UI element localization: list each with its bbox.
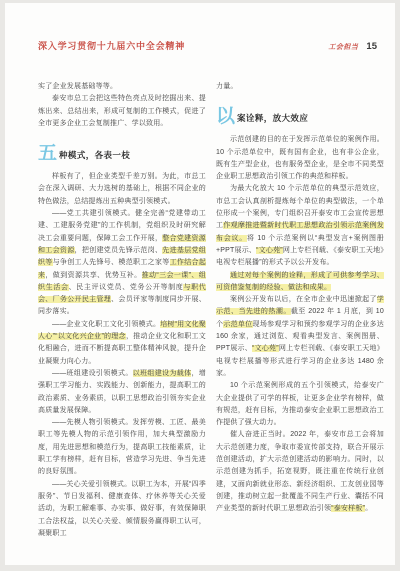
paragraph: 实了企业发展基础等等。: [38, 81, 206, 93]
highlighted-text: 以班组建设为载体: [133, 370, 192, 377]
section-heading: 以案诠释，放大效应: [216, 108, 384, 125]
body-text: 10 个示范案例形成的五个引领模式，给泰安广大企业提供了可学的样板，让更多企业学…: [216, 382, 384, 426]
section-heading: 五种模式，各表一枝: [38, 145, 206, 162]
article-body: 实了企业发展基础等等。泰安市总工会把这些特色亮点及时挖掘出来、提炼出来、总结出来…: [38, 81, 384, 540]
body-text: ，做到资源共享、优势互补。: [45, 272, 141, 279]
paragraph: ——党工共建引领模式。健全完善“党建带动工建、工建服务党建”的工作机制，党组织及…: [38, 208, 206, 319]
header-slogan: 深入学习贯彻十九届六中全会精神: [38, 39, 185, 52]
highlighted-text: 示范单位: [223, 321, 252, 328]
body-text: 示范创建的目的在于发挥示范单位的案例作用。10 个示范单位中，既有国有企业，也有…: [216, 136, 384, 180]
body-text: ——企业文化职工文化引领模式。: [52, 321, 160, 328]
section-lead-character: 以: [216, 108, 235, 125]
header-badge: 工会担当: [328, 42, 358, 52]
header-right: 工会担当 15: [328, 41, 377, 52]
body-text: ——先模人物引领模式。发挥劳模、工匠、最美职工等先模人物的示范引领作用，加大典型…: [38, 419, 206, 475]
paragraph: 样板有了，但企业类型千差万别。为此，市总工会在深入调研、大力选树的基础上，根据不…: [38, 171, 206, 208]
highlighted-text: “泰安样板”: [331, 505, 365, 512]
body-text: 案例公开发布以后，在全市企业中迅速掀起了: [230, 296, 377, 303]
highlighted-text: “文心苑”: [256, 247, 283, 254]
section-heading-text: 种模式，各表一枝: [59, 149, 130, 162]
paragraph: ——关心关爱引领模式。以职工为本，开展“四季服务”、节日发福利、健康查体、疗休养…: [38, 479, 206, 540]
body-text: ——关心关爱引领模式。以职工为本，开展“四季服务”、节日发福利、健康查体、疗休养…: [38, 481, 206, 537]
page-number: 15: [366, 41, 377, 52]
paragraph: 催人奋进正当时。2022 年，泰安市总工会将加大示范创建力度，争取市委宣传部支持…: [216, 429, 384, 515]
page-header: 深入学习贯彻十九届六中全会精神 工会担当 15: [38, 39, 377, 52]
paragraph: ——班组建设引领模式。以班组建设为载体，增强职工学习能力、实践能力、创新能力，提…: [38, 368, 206, 417]
body-text: 。: [365, 505, 372, 512]
body-text: 力量。: [216, 83, 238, 90]
body-text: ，把创建党员先锋示范岗、: [75, 247, 163, 254]
body-text: 实了企业发展基础等等。: [38, 83, 117, 90]
body-text: 催人奋进正当时。2022 年，泰安市总工会将加大示范创建力度，争取市委宣传部支持…: [216, 431, 384, 512]
paragraph: 案例公开发布以后，在全市企业中迅速掀起了学示范、当先进的热潮。截至 2022 年…: [216, 294, 384, 380]
body-text: 泰安市总工会把这些特色亮点及时挖掘出来、提炼出来、总结出来，形成可复制的工作模式…: [38, 95, 206, 127]
paragraph: ——企业文化职工文化引领模式。培树“用文化聚人心”“以文化兴企业”的理念，推动企…: [38, 319, 206, 368]
paragraph: 力量。: [216, 81, 384, 93]
section-heading-text: 案诠释，放大效应: [237, 112, 308, 125]
body-text: 样板有了，但企业类型千差万别。为此，市总工会在深入调研、大力选树的基础上，根据不…: [38, 173, 206, 205]
left-column: 实了企业发展基础等等。泰安市总工会把这些特色亮点及时挖掘出来、提炼出来、总结出来…: [38, 81, 206, 540]
paragraph: 示范创建的目的在于发挥示范单位的案例作用。10 个示范单位中，既有国有企业，也有…: [216, 134, 384, 183]
paragraph: 为最大化放大 10 个示范单位的典型示范效应，市总工会认真剖析提炼每个单位的典型…: [216, 183, 384, 269]
body-text: ——班组建设引领模式。: [52, 370, 133, 377]
highlighted-text: “文心苑”: [252, 345, 279, 352]
section-lead-character: 五: [38, 145, 57, 162]
paragraph: 通过对每个案例的诠释，形成了可供参考学习、可资借鉴复制的经验、做法和成果。: [216, 270, 384, 295]
paragraph: ——先模人物引领模式。发挥劳模、工匠、最美职工等先模人物的示范引领作用，加大典型…: [38, 417, 206, 478]
body-text: 、民主评议党员、党务公开等制度: [69, 284, 184, 291]
magazine-page: 深入学习贯彻十九届六中全会精神 工会担当 15 实了企业发展基础等等。泰安市总工…: [5, 3, 395, 565]
body-text: 与争创工人先锋号、模范职工之家等: [53, 259, 170, 266]
paragraph: 10 个示范案例形成的五个引领模式，给泰安广大企业提供了可学的样板，让更多企业学…: [216, 380, 384, 429]
highlighted-text: 通过对每个案例的诠释，形成了可供参考学习、可资借鉴复制的经验、做法和成果。: [216, 272, 384, 291]
right-column: 力量。以案诠释，放大效应示范创建的目的在于发挥示范单位的案例作用。10 个示范单…: [216, 81, 384, 540]
paragraph: 泰安市总工会把这些特色亮点及时挖掘出来、提炼出来、总结出来，形成可复制的工作模式…: [38, 93, 206, 130]
